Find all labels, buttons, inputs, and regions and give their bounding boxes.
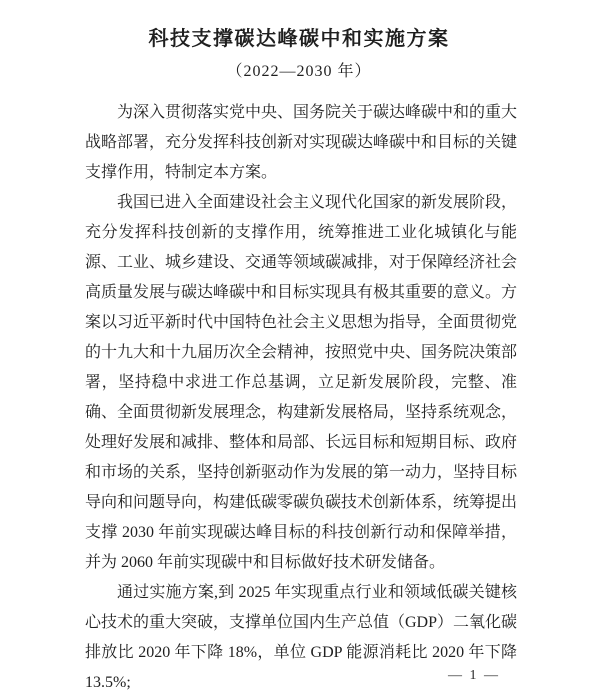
paragraph-intro: 为深入贯彻落实党中央、国务院关于碳达峰碳中和的重大战略部署，充分发挥科技创新对实… — [85, 98, 517, 188]
document-subtitle: （2022—2030 年） — [0, 61, 598, 83]
document-body: 为深入贯彻落实党中央、国务院关于碳达峰碳中和的重大战略部署，充分发挥科技创新对实… — [85, 98, 517, 698]
document-title: 科技支撑碳达峰碳中和实施方案 — [0, 0, 598, 52]
document-page: 科技支撑碳达峰碳中和实施方案 （2022—2030 年） 为深入贯彻落实党中央、… — [0, 0, 598, 699]
paragraph-guiding-principles: 我国已进入全面建设社会主义现代化国家的新发展阶段，充分发挥科技创新的支撑作用，统… — [85, 188, 517, 578]
page-number: — 1 — — [448, 668, 500, 684]
